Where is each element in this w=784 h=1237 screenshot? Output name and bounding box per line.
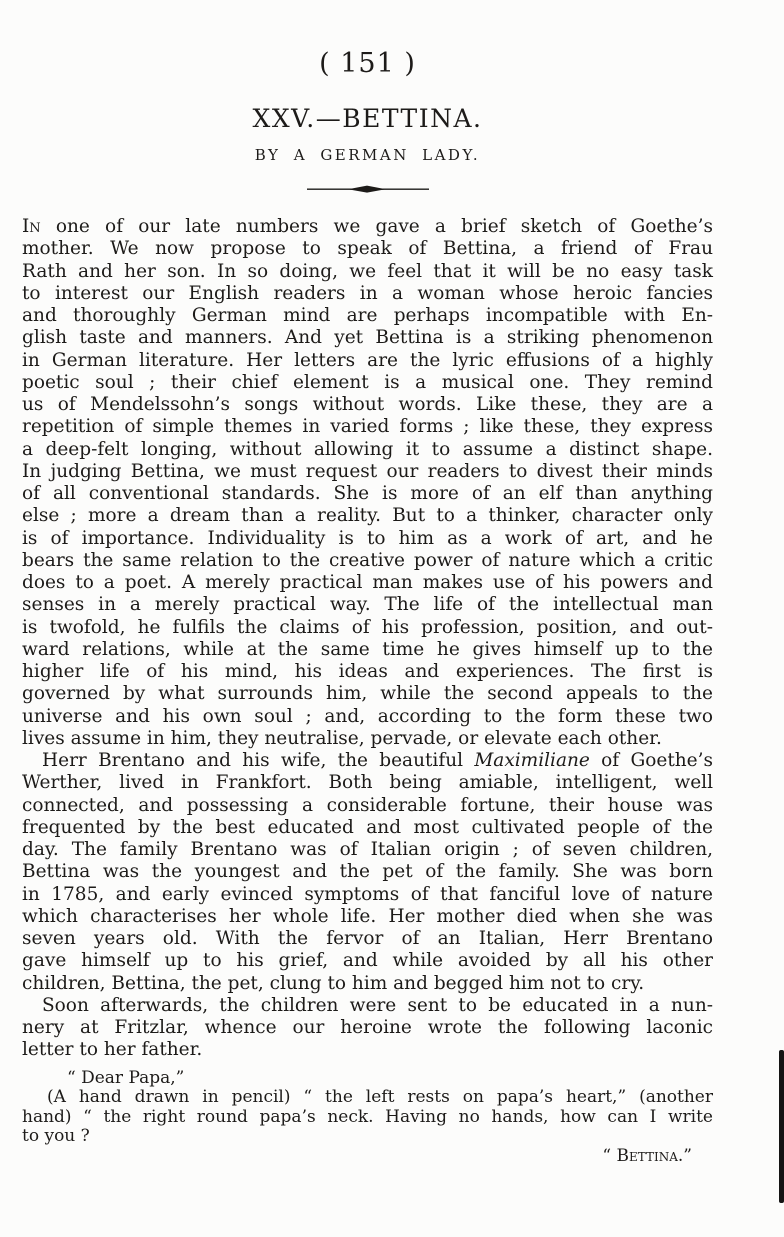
- text-line: else ; more a dream than a reality. But …: [22, 505, 713, 527]
- text-line: ward relations, while at the same time h…: [22, 639, 713, 661]
- text-line: in German literature. Her letters are th…: [22, 350, 713, 372]
- text-run: one of our late numbers we gave a brief …: [41, 216, 713, 237]
- text-line: Herr Brentano and his wife, the beautifu…: [22, 750, 713, 772]
- text-line: children, Bettina, the pet, clung to him…: [22, 973, 713, 995]
- letter-line: (A hand drawn in pencil) “ the left rest…: [22, 1088, 713, 1108]
- article-byline: BY A GERMAN LADY.: [22, 148, 713, 163]
- text-line: repetition of simple themes in varied fo…: [22, 416, 713, 438]
- book-page: ( 151 ) XXV.—BETTINA. BY A GERMAN LADY. …: [0, 0, 784, 1237]
- article-title: XXV.—BETTINA.: [22, 106, 713, 131]
- text-line: of all conventional standards. She is mo…: [22, 483, 713, 505]
- swelled-rule-icon: [306, 184, 430, 193]
- smallcaps-opening-word: In: [22, 216, 41, 237]
- text-line: to interest our English readers in a wom…: [22, 283, 713, 305]
- text-line: gave himself up to his grief, and while …: [22, 950, 713, 972]
- scan-edge-artifact: [779, 1050, 784, 1203]
- text-line: lives assume in him, they neutralise, pe…: [22, 728, 713, 750]
- quoted-letter: “ Dear Papa,” (A hand drawn in pencil) “…: [22, 1069, 713, 1167]
- letter-salutation: “ Dear Papa,”: [67, 1069, 713, 1089]
- text-line: which characterises her whole life. Her …: [22, 906, 713, 928]
- text-line: poetic soul ; their chief element is a m…: [22, 372, 713, 394]
- text-line: us of Mendelssohn’s songs without words.…: [22, 394, 713, 416]
- letter-line: hand) “ the right round papa’s neck. Hav…: [22, 1108, 713, 1128]
- text-line: universe and his own soul ; and, accordi…: [22, 706, 713, 728]
- text-line: In judging Bettina, we must request our …: [22, 461, 713, 483]
- text-line: mother. We now propose to speak of Betti…: [22, 238, 713, 260]
- text-line: and thoroughly German mind are perhaps i…: [22, 305, 713, 327]
- text-line: governed by what surrounds him, while th…: [22, 683, 713, 705]
- text-line: is of importance. Individuality is to hi…: [22, 528, 713, 550]
- text-run: of Goethe’s: [590, 750, 713, 771]
- text-line: Rath and her son. In so doing, we feel t…: [22, 261, 713, 283]
- text-line: day. The family Brentano was of Italian …: [22, 839, 713, 861]
- text-line: frequented by the best educated and most…: [22, 817, 713, 839]
- text-line: connected, and possessing a considerable…: [22, 795, 713, 817]
- text-line: glish taste and manners. And yet Bettina…: [22, 327, 713, 349]
- text-line: nery at Fritzlar, whence our heroine wro…: [22, 1017, 713, 1039]
- text-line: Werther, lived in Frankfort. Both being …: [22, 772, 713, 794]
- text-line: In one of our late numbers we gave a bri…: [22, 216, 713, 238]
- text-line: is twofold, he fulfils the claims of his…: [22, 617, 713, 639]
- letter-signature: “ Bettina.”: [22, 1147, 713, 1167]
- letter-line: to you ?: [22, 1127, 713, 1147]
- text-line: letter to her father.: [22, 1039, 713, 1061]
- article-body: In one of our late numbers we gave a bri…: [22, 216, 713, 1166]
- text-line: Bettina was the youngest and the pet of …: [22, 861, 713, 883]
- text-line: higher life of his mind, his ideas and e…: [22, 661, 713, 683]
- text-line: bears the same relation to the creative …: [22, 550, 713, 572]
- text-line: a deep-felt longing, without allowing it…: [22, 439, 713, 461]
- text-line: Soon afterwards, the children were sent …: [22, 995, 713, 1017]
- page-header: ( 151 ) XXV.—BETTINA. BY A GERMAN LADY.: [22, 0, 713, 212]
- text-line: in 1785, and early evinced symptoms of t…: [22, 884, 713, 906]
- italic-name: Maximiliane: [474, 750, 590, 771]
- text-line: senses in a merely practical way. The li…: [22, 594, 713, 616]
- page-number: ( 151 ): [22, 50, 713, 77]
- text-line: does to a poet. A merely practical man m…: [22, 572, 713, 594]
- text-line: seven years old. With the fervor of an I…: [22, 928, 713, 950]
- ornamental-divider: [22, 184, 713, 193]
- text-run: Herr Brentano and his wife, the beautifu…: [42, 750, 474, 771]
